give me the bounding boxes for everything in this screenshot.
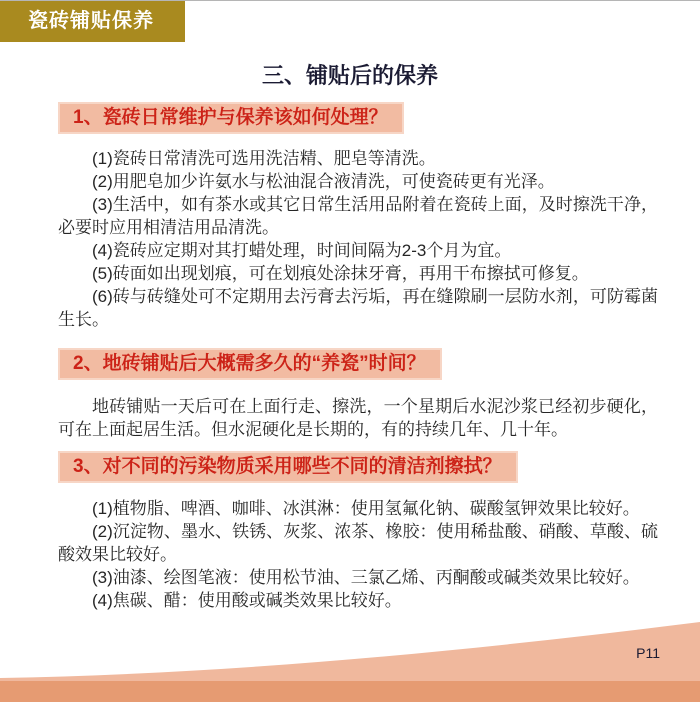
section-1-item: (6)砖与砖缝处可不定期用去污膏去污垢，再在缝隙刷一层防水剂，可防霉菌生长。: [58, 285, 658, 331]
section-1-body: (1)瓷砖日常清洗可选用洗洁精、肥皂等清洗。 (2)用肥皂加少许氨水与松油混合液…: [58, 147, 658, 331]
section-1-item: (3)生活中，如有茶水或其它日常生活用品附着在瓷砖上面，及时擦洗干净，必要时应用…: [58, 193, 658, 239]
section-1-item: (1)瓷砖日常清洗可选用洗洁精、肥皂等清洗。: [58, 147, 658, 170]
section-1-item: (2)用肥皂加少许氨水与松油混合液清洗，可使瓷砖更有光泽。: [58, 170, 658, 193]
section-2-paragraph: 地砖铺贴一天后可在上面行走、擦洗，一个星期后水泥沙浆已经初步硬化，可在上面起居生…: [58, 395, 658, 441]
section-1-heading: 1、瓷砖日常维护与保养该如何处理？: [58, 102, 404, 134]
section-2-heading: 2、地砖铺贴后大概需多久的“养瓷”时间？: [58, 348, 442, 380]
section-3-body: (1)植物脂、啤酒、咖啡、冰淇淋：使用氢氟化钠、碳酸氢钾效果比较好。 (2)沉淀…: [58, 497, 658, 612]
section-3-item: (1)植物脂、啤酒、咖啡、冰淇淋：使用氢氟化钠、碳酸氢钾效果比较好。: [58, 497, 658, 520]
document-page: 瓷砖铺贴保养 三、铺贴后的保养 1、瓷砖日常维护与保养该如何处理？ (1)瓷砖日…: [0, 0, 700, 702]
page-number: P11: [636, 645, 660, 661]
section-1-item: (4)瓷砖应定期对其打蜡处理，时间间隔为2-3个月为宜。: [58, 239, 658, 262]
section-1-item: (5)砖面如出现划痕，可在划痕处涂抹牙膏，再用干布擦拭可修复。: [58, 262, 658, 285]
section-3-item: (4)焦碳、醋：使用酸或碱类效果比较好。: [58, 589, 658, 612]
corner-tag: 瓷砖铺贴保养: [0, 1, 185, 42]
footer-swoosh-decoration: [0, 620, 700, 702]
page-title: 三、铺贴后的保养: [0, 59, 700, 90]
section-3-item: (3)油漆、绘图笔液：使用松节油、三氯乙烯、丙酮酸或碱类效果比较好。: [58, 566, 658, 589]
section-3-item: (2)沉淀物、墨水、铁锈、灰浆、浓茶、橡胶：使用稀盐酸、硝酸、草酸、硫酸效果比较…: [58, 520, 658, 566]
section-2-body: 地砖铺贴一天后可在上面行走、擦洗，一个星期后水泥沙浆已经初步硬化，可在上面起居生…: [58, 395, 658, 441]
section-3-heading: 3、对不同的污染物质采用哪些不同的清洁剂擦拭？: [58, 451, 518, 483]
